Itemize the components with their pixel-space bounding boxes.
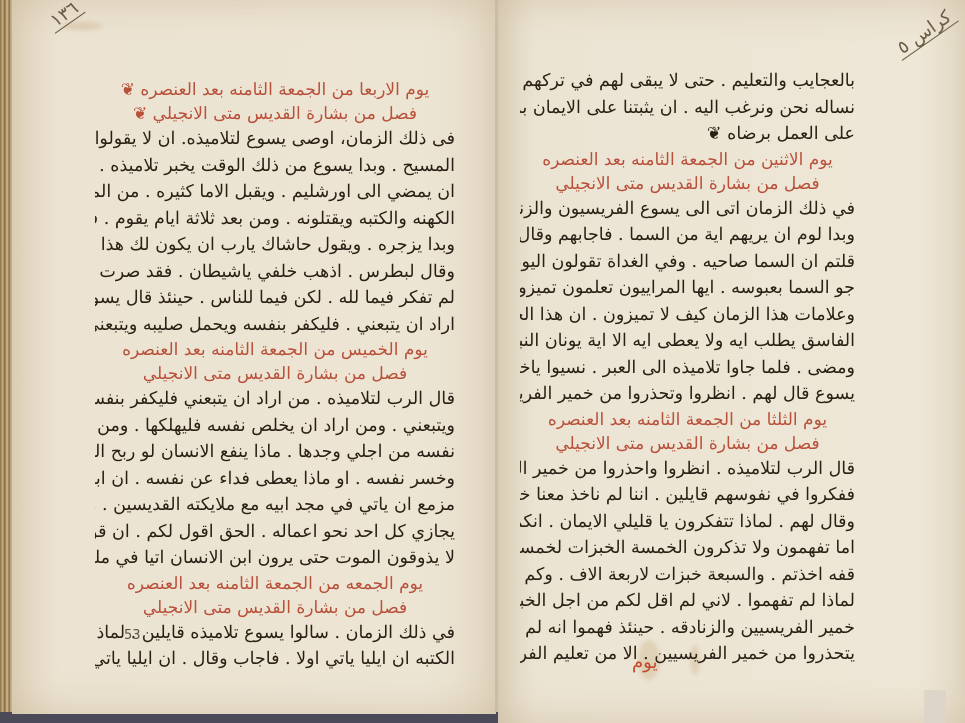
text-line: قفه اخذتم . والسبعة خبزات لاربعة الاف . … <box>520 562 855 589</box>
rubric-heading: فصل من بشارة القديس متى الانجيلي <box>520 172 855 196</box>
text-line: قال الرب لتلاميذه . من اراد ان يتبعني فل… <box>95 386 455 413</box>
text-line: جو السما بعبوسه . ايها المراييون تعلمون … <box>520 275 855 302</box>
text-line: لا يذوقون الموت حتى يرون ابن الانسان اتي… <box>95 545 455 572</box>
text-line: وقال لبطرس . اذهب خلفي ياشيطان . فقد صرت… <box>95 259 455 286</box>
text-line: الكتبه ان ايليا ياتي اولا . فاجاب وقال .… <box>95 646 455 673</box>
text-line: يتحذروا من خمير الفريسيين . الا من تعليم… <box>520 641 855 668</box>
rubric-heading: فصل من بشارة القديس متى الانجيلي <box>95 596 455 620</box>
rubric-heading: فصل من بشارة القديس متى الانجيلي <box>95 362 455 386</box>
text-line: نساله نحن ونرغب اليه . ان يثبتنا على الا… <box>520 95 855 122</box>
text-line: في ذلك الزمان اتى الى يسوع الفريسيون وال… <box>520 196 855 223</box>
text-line: الفاسق يطلب ايه ولا يعطى ايه الا اية يون… <box>520 328 855 355</box>
open-manuscript: ١٣٦ كراس ٥ يوم الاربعا من الجمعة الثامنه… <box>0 0 965 723</box>
text-line: لماذا لم تفهموا . لاني لم اقل لكم من اجل… <box>520 588 855 615</box>
text-line: وخسر نفسه . او ماذا يعطى فداء عن نفسه . … <box>95 466 455 493</box>
text-line: خمير الفريسيين والزنادقه . حينئذ فهموا ا… <box>520 615 855 642</box>
text-line: على العمل برضاه ❦ <box>520 121 855 148</box>
text-line: بالعجايب والتعليم . حتى لا يبقى لهم في ت… <box>520 68 855 95</box>
text-line: الكهنه والكتبه ويقتلونه . ومن بعد ثلاثة … <box>95 206 455 233</box>
text-line: وقال لهم . لماذا تتفكرون يا قليلي الايما… <box>520 509 855 536</box>
rubric-heading: يوم الاربعا من الجمعة الثامنه بعد العنصر… <box>95 78 455 102</box>
rubric-heading: فصل من بشارة القديس متى الانجيلي <box>520 432 855 456</box>
page-number: 53 <box>124 628 141 643</box>
text-line: ويتبعني . ومن اراد ان يخلص نفسه فليهلكها… <box>95 413 455 440</box>
text-line: يجازي كل احد نحو اعماله . الحق اقول لكم … <box>95 519 455 546</box>
rubric-heading: فصل من بشارة القديس متى الانجيلي ❦ <box>95 102 455 126</box>
text-line: قلتم ان السما صاحيه . وفي الغداة تقولون … <box>520 249 855 276</box>
rubric-heading: يوم الخميس من الجمعة الثامنه بعد العنصره <box>95 338 455 362</box>
text-line: مزمع ان ياتي في مجد ابيه مع ملايكته القد… <box>95 492 455 519</box>
text-line: وعلامات هذا الزمان كيف لا تميزون . ان هذ… <box>520 302 855 329</box>
text-line: وبدا لوم ان يريهم اية من السما . فاجابهم… <box>520 222 855 249</box>
text-line: اراد ان يتبعني . فليكفر بنفسه ويحمل صليب… <box>95 312 455 339</box>
rubric-heading: يوم الاثنين من الجمعة الثامنه بعد العنصر… <box>520 148 855 172</box>
text-line: ان يمضي الى اورشليم . ويقبل الاما كثيره … <box>95 179 455 206</box>
text-line: لم تفكر فيما لله . لكن فيما للناس . حينئ… <box>95 285 455 312</box>
text-line: المسيح . وبدا يسوع من ذلك الوقت يخبر تلا… <box>95 153 455 180</box>
text-line: نفسه من اجلي وجدها . ماذا ينفع الانسان ل… <box>95 439 455 466</box>
text-line: وبدا يزجره . ويقول حاشاك يارب ان يكون لك… <box>95 232 455 259</box>
right-text-column: بالعجايب والتعليم . حتى لا يبقى لهم في ت… <box>520 68 855 668</box>
rubric-heading: يوم الثلثا من الجمعة الثامنه بعد العنصره <box>520 408 855 432</box>
text-line: اما تفهمون ولا تذكرون الخمسة الخبزات لخم… <box>520 535 855 562</box>
left-text-column: يوم الاربعا من الجمعة الثامنه بعد العنصر… <box>95 78 455 673</box>
text-line: قال الرب لتلاميذه . انظروا واحذروا من خم… <box>520 456 855 483</box>
text-line: ففكروا في نفوسهم قايلين . اننا لم ناخذ م… <box>520 482 855 509</box>
text-line: ومضى . فلما جاوا تلاميذه الى العبر . نسي… <box>520 355 855 382</box>
catchword: يوم <box>632 652 657 673</box>
text-line: في ذلك الزمان . سالوا يسوع تلاميذه قايلي… <box>95 620 455 647</box>
text-line: فى ذلك الزمان، اوصى يسوع لتلاميذه. ان لا… <box>95 126 455 153</box>
paper-slip <box>924 690 946 723</box>
rubric-heading: يوم الجمعه من الجمعة الثامنه بعد العنصره <box>95 572 455 596</box>
text-line: يسوع قال لهم . انظروا وتحذروا من خمير ال… <box>520 381 855 408</box>
